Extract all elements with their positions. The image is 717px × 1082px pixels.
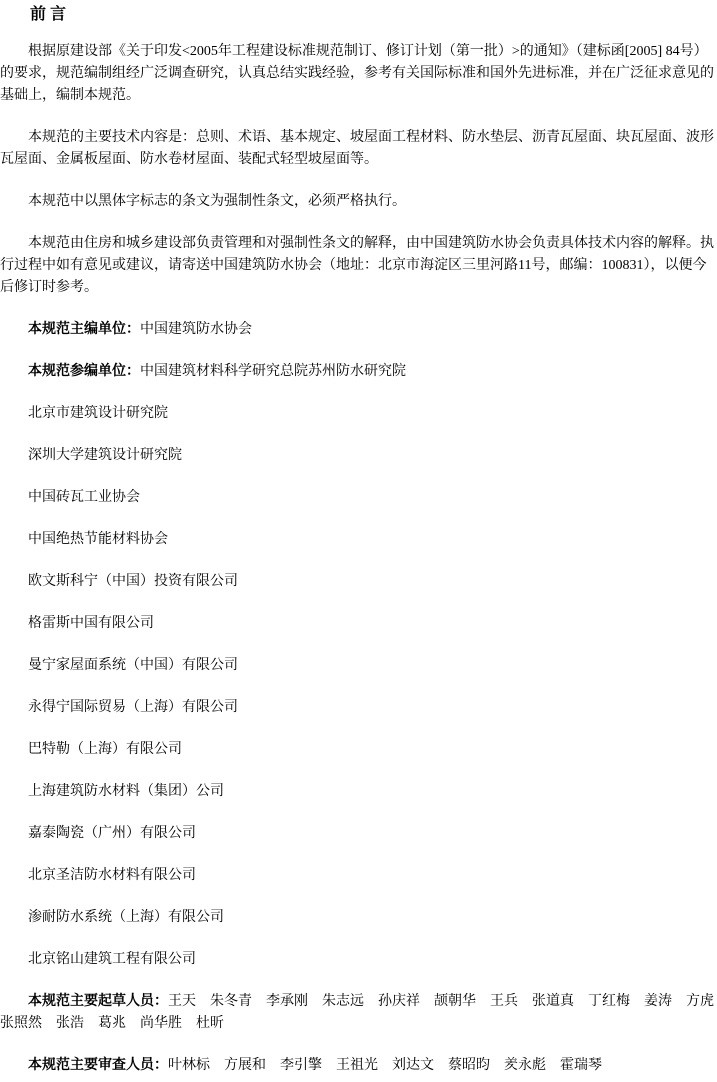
document-page: 前 言 根据原建设部《关于印发<2005年工程建设标准规范制订、修订计划（第一批…: [0, 0, 717, 1082]
participants-label: 本规范参编单位：: [28, 364, 140, 379]
chief-editor-line: 本规范主编单位：中国建筑防水协会: [0, 319, 717, 341]
reviewers-names: 叶林标 方展和 李引擎 王祖光 刘达文 蔡昭昀 羑永彪 霍瑞琴: [168, 1058, 602, 1073]
page-title: 前 言: [0, 4, 717, 26]
reviewers-line: 本规范主要审查人员：叶林标 方展和 李引擎 王祖光 刘达文 蔡昭昀 羑永彪 霍瑞…: [0, 1055, 717, 1077]
participant-unit: 曼宁家屋面系统（中国）有限公司: [0, 655, 717, 677]
participant-unit: 中国建筑材料科学研究总院苏州防水研究院: [140, 364, 406, 379]
participants-line: 本规范参编单位：中国建筑材料科学研究总院苏州防水研究院: [0, 361, 717, 383]
participant-unit: 北京市建筑设计研究院: [0, 403, 717, 425]
paragraph-technical-content: 本规范的主要技术内容是：总则、术语、基本规定、坡屋面工程材料、防水垫层、沥青瓦屋…: [0, 127, 717, 171]
participant-unit: 深圳大学建筑设计研究院: [0, 445, 717, 467]
drafters-line: 本规范主要起草人员：王天 朱冬青 李承刚 朱志远 孙庆祥 颉朝华 王兵 张道真 …: [0, 991, 717, 1035]
participant-unit: 上海建筑防水材料（集团）公司: [0, 781, 717, 803]
chief-editor-label: 本规范主编单位：: [28, 322, 140, 337]
participant-unit: 中国绝热节能材料协会: [0, 529, 717, 551]
paragraph-mandatory-provisions: 本规范中以黑体字标志的条文为强制性条文，必须严格执行。: [0, 191, 717, 213]
paragraph-management: 本规范由住房和城乡建设部负责管理和对强制性条文的解释，由中国建筑防水协会负责具体…: [0, 233, 717, 299]
participant-unit: 北京圣洁防水材料有限公司: [0, 865, 717, 887]
participant-unit: 永得宁国际贸易（上海）有限公司: [0, 697, 717, 719]
paragraph-basis: 根据原建设部《关于印发<2005年工程建设标准规范制订、修订计划（第一批）>的通…: [0, 41, 717, 107]
reviewers-label: 本规范主要审查人员：: [28, 1058, 168, 1073]
participant-unit: 中国砖瓦工业协会: [0, 487, 717, 509]
participant-unit: 渗耐防水系统（上海）有限公司: [0, 907, 717, 929]
participant-unit: 北京铭山建筑工程有限公司: [0, 949, 717, 971]
participant-unit: 嘉泰陶瓷（广州）有限公司: [0, 823, 717, 845]
chief-editor-value: 中国建筑防水协会: [140, 322, 252, 337]
participant-unit: 巴特勒（上海）有限公司: [0, 739, 717, 761]
participant-unit: 欧文斯科宁（中国）投资有限公司: [0, 571, 717, 593]
participant-unit: 格雷斯中国有限公司: [0, 613, 717, 635]
drafters-label: 本规范主要起草人员：: [28, 994, 168, 1009]
